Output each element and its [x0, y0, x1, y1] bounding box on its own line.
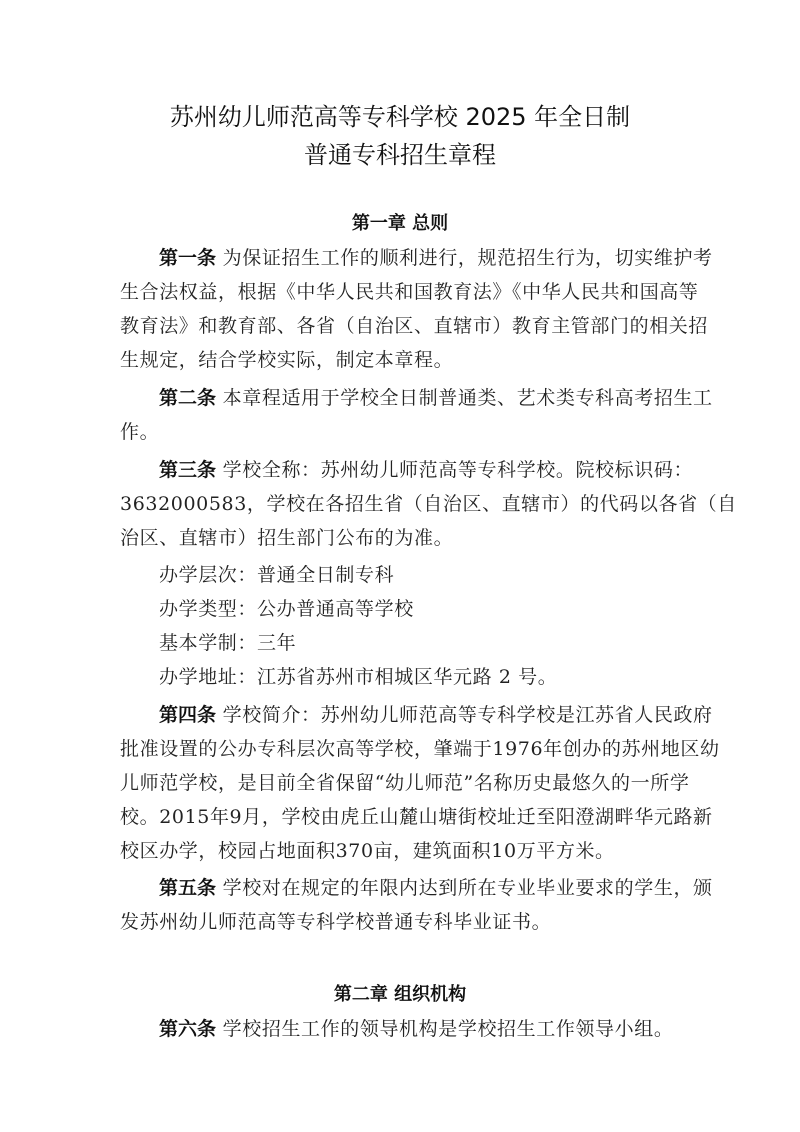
article-label: 第六条 — [159, 1018, 216, 1040]
field-key: 办学地址： — [159, 666, 257, 688]
article-4-line-5: 校区办学，校园占地面积370亩，建筑面积10万平方米。 — [120, 836, 685, 863]
field-value: 公办普通高等学校 — [257, 598, 414, 620]
article-3-line-3: 治区、直辖市）招生部门公布的为准。 — [120, 523, 685, 550]
article-4-line-4: 校。2015年9月，学校由虎丘山麓山塘街校址迁至阳澄湖畔华元路新 — [120, 802, 685, 829]
article-1-line-2: 生合法权益，根据《中华人民共和国教育法》《中华人民共和国高等 — [120, 277, 685, 304]
article-label: 第三条 — [159, 459, 216, 481]
article-label: 第五条 — [159, 877, 216, 899]
field-value: 三年 — [257, 632, 296, 654]
article-4-line-2: 批准设置的公办专科层次高等学校，肇端于1976年创办的苏州地区幼 — [120, 734, 685, 761]
article-1-line-4: 生规定，结合学校实际，制定本章程。 — [120, 345, 685, 372]
article-4-line-1: 第四条 学校简介：苏州幼儿师范高等专科学校是江苏省人民政府 — [159, 700, 724, 727]
article-3-line-2: 3632000583，学校在各招生省（自治区、直辖市）的代码以各省（自 — [120, 489, 685, 516]
article-3-line-1: 第三条 学校全称：苏州幼儿师范高等专科学校。院校标识码： — [159, 455, 724, 482]
article-label: 第二条 — [159, 387, 216, 409]
article-2-line-1: 第二条 本章程适用于学校全日制普通类、艺术类专科高考招生工 — [159, 383, 724, 410]
field-value: 江苏省苏州市相城区华元路 2 号。 — [257, 666, 557, 688]
field-key: 基本学制： — [159, 632, 257, 654]
document-title-line-1: 苏州幼儿师范高等专科学校 2025 年全日制 — [0, 97, 800, 132]
article-1-line-3: 教育法》和教育部、各省（自治区、直辖市）教育主管部门的相关招 — [120, 311, 685, 338]
field-key: 办学类型： — [159, 598, 257, 620]
field-key: 办学层次： — [159, 564, 257, 586]
chapter-heading-1: 第一章 总则 — [0, 209, 800, 235]
field-address: 办学地址：江苏省苏州市相城区华元路 2 号。 — [159, 662, 724, 689]
document-page: 苏州幼儿师范高等专科学校 2025 年全日制 普通专科招生章程 第一章 总则 第… — [0, 0, 800, 1132]
field-school-type: 办学类型：公办普通高等学校 — [159, 594, 724, 621]
article-5-line-2: 发苏州幼儿师范高等专科学校普通专科毕业证书。 — [120, 907, 685, 934]
article-label: 第四条 — [159, 704, 216, 726]
chapter-heading-2: 第二章 组织机构 — [0, 980, 800, 1006]
article-5-line-1: 第五条 学校对在规定的年限内达到所在专业毕业要求的学生，颁 — [159, 873, 724, 900]
article-label: 第一条 — [159, 247, 216, 269]
article-4-line-3: 儿师范学校，是目前全省保留“幼儿师范”名称历史最悠久的一所学 — [120, 768, 685, 795]
document-title-line-2: 普通专科招生章程 — [0, 135, 800, 170]
field-study-length: 基本学制：三年 — [159, 628, 724, 655]
article-1-line-1: 第一条 为保证招生工作的顺利进行，规范招生行为，切实维护考 — [159, 243, 724, 270]
field-value: 普通全日制专科 — [257, 564, 394, 586]
article-2-line-2: 作。 — [120, 417, 685, 444]
field-school-level: 办学层次：普通全日制专科 — [159, 560, 724, 587]
article-6-line-1: 第六条 学校招生工作的领导机构是学校招生工作领导小组。 — [159, 1014, 724, 1041]
